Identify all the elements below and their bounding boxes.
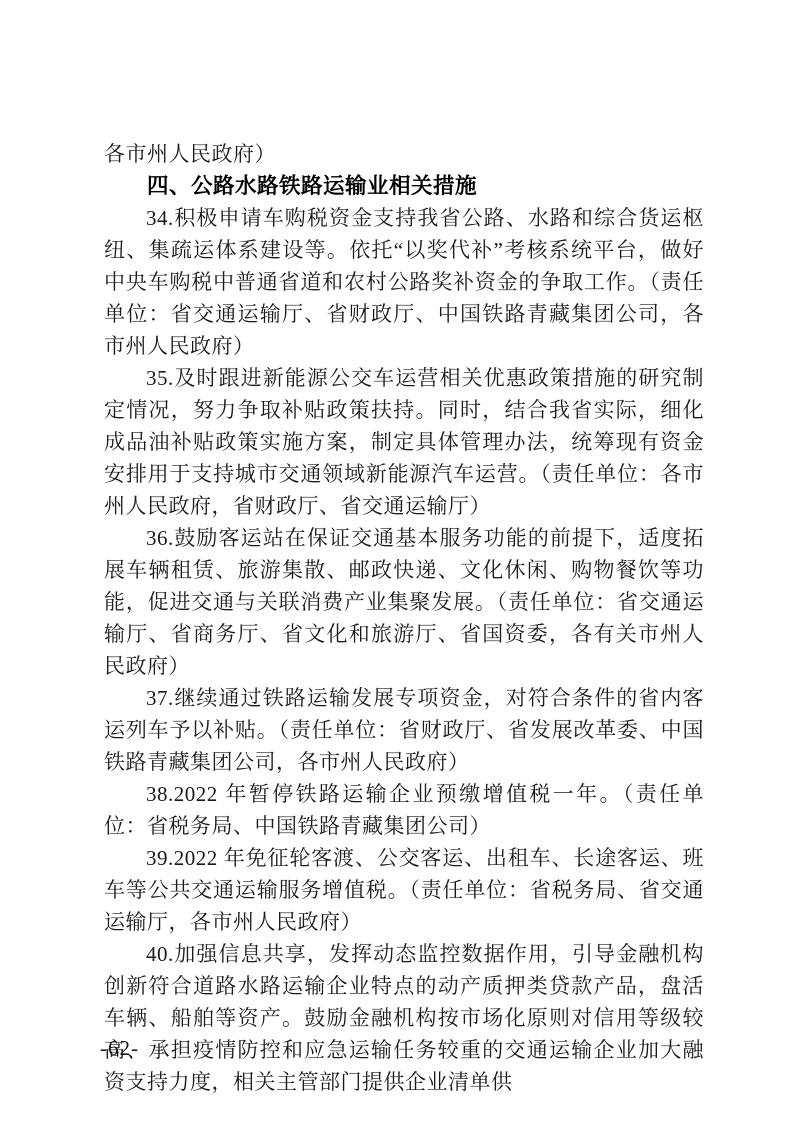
paragraph-continuation: 各市州人民政府） [104,138,704,170]
page-number: -62- [100,1032,139,1064]
paragraph-item-38: 38.2022 年暂停铁路运输企业预缴增值税一年。（责任单位：省税务局、中国铁路… [104,778,704,842]
paragraph-item-39: 39.2022 年免征轮客渡、公交客运、出租车、长途客运、班车等公共交通运输服务… [104,842,704,938]
paragraph-item-37: 37.继续通过铁路运输发展专项资金，对符合条件的省内客运列车予以补贴。（责任单位… [104,682,704,778]
paragraph-item-34: 34.积极申请车购税资金支持我省公路、水路和综合货运枢纽、集疏运体系建设等。依托… [104,202,704,362]
section-heading: 四、公路水路铁路运输业相关措施 [104,170,704,202]
paragraph-item-36: 36.鼓励客运站在保证交通基本服务功能的前提下，适度拓展车辆租赁、旅游集散、邮政… [104,522,704,682]
paragraph-item-35: 35.及时跟进新能源公交车运营相关优惠政策措施的研究制定情况，努力争取补贴政策扶… [104,362,704,522]
document-page: 各市州人民政府） 四、公路水路铁路运输业相关措施 34.积极申请车购税资金支持我… [0,0,793,1122]
paragraph-item-40: 40.加强信息共享，发挥动态监控数据作用，引导金融机构创新符合道路水路运输企业特… [104,938,704,1098]
document-body: 各市州人民政府） 四、公路水路铁路运输业相关措施 34.积极申请车购税资金支持我… [104,138,704,1098]
